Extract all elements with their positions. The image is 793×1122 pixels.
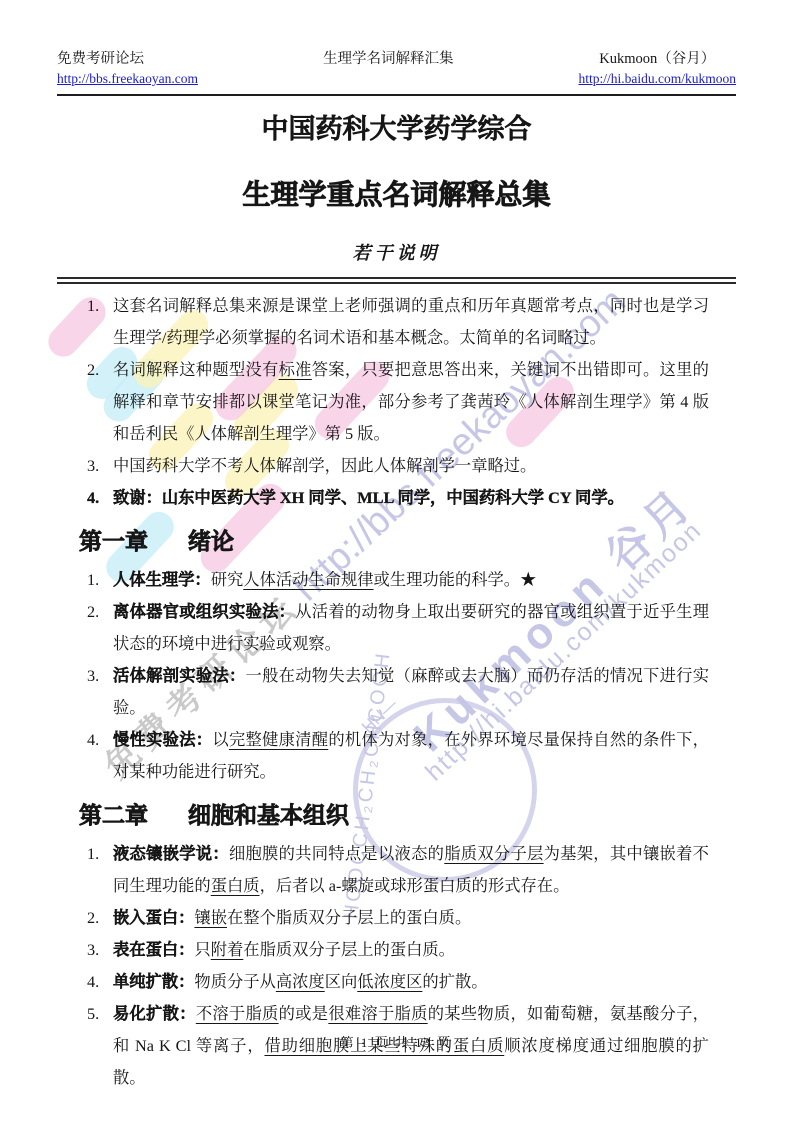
body-text: 细胞膜的共同特点是以液态的	[229, 844, 444, 863]
list-item: 2.嵌入蛋白：镶嵌在整个脂质双分子层上的蛋白质。	[87, 902, 709, 934]
body-text: 的或是	[279, 1004, 329, 1023]
definition-list: 1.液态镶嵌学说：细胞膜的共同特点是以液态的脂质双分子层为基架，其中镶嵌着不同生…	[87, 838, 709, 1094]
header-left: 免费考研论坛 http://bbs.freekaoyan.com	[57, 50, 198, 89]
body-text: 以	[212, 730, 229, 749]
header-right: Kukmoon（谷月） http://hi.baidu.com/kukmoon	[579, 50, 737, 89]
page-number: 第 1 页 共 13 页	[0, 1032, 793, 1051]
underlined-term: 镶嵌	[194, 908, 227, 927]
document-page: HOOCCH₂CH₂CHCOOH HN— 免费考研论坛http://bbs.fr…	[0, 0, 793, 1122]
body-text: 或生理功能的科学。★	[374, 570, 537, 589]
body-text: 在脂质双分子层上的蛋白质。	[243, 940, 455, 959]
term-label: 致谢：山东中医药大学 XH 同学、MLL 同学，中国药科大学 CY 同学。	[113, 488, 624, 507]
document-content: 免费考研论坛 http://bbs.freekaoyan.com 生理学名词解释…	[0, 0, 793, 1094]
term-label: 活体解剖实验法：	[113, 666, 246, 685]
doc-collection-title: 生理学名词解释汇集	[323, 50, 454, 69]
author-link[interactable]: http://hi.baidu.com/kukmoon	[579, 71, 737, 86]
list-item: 1.液态镶嵌学说：细胞膜的共同特点是以液态的脂质双分子层为基架，其中镶嵌着不同生…	[87, 838, 709, 902]
page-header: 免费考研论坛 http://bbs.freekaoyan.com 生理学名词解释…	[57, 50, 736, 89]
list-number: 3.	[87, 660, 99, 692]
list-number: 1.	[87, 290, 99, 322]
notes-heading: 若干说明	[57, 239, 736, 265]
definition-list: 1.人体生理学：研究人体活动生命规律或生理功能的科学。★2.离体器官或组织实验法…	[87, 564, 709, 788]
list-number: 3.	[87, 934, 99, 966]
underlined-term: 低浓度区	[357, 972, 422, 991]
list-item: 4.致谢：山东中医药大学 XH 同学、MLL 同学，中国药科大学 CY 同学。	[87, 482, 709, 514]
term-label: 表在蛋白：	[113, 940, 194, 959]
chapter-number: 第二章	[79, 802, 148, 828]
body-text: 的扩散。	[422, 972, 487, 991]
underlined-term: 脂质双分子层	[444, 844, 543, 863]
list-number: 4.	[87, 482, 99, 514]
subtitle: 生理学重点名词解释总集	[57, 176, 736, 214]
forum-name: 免费考研论坛	[57, 50, 198, 69]
forum-link[interactable]: http://bbs.freekaoyan.com	[57, 71, 198, 86]
list-item: 1.人体生理学：研究人体活动生命规律或生理功能的科学。★	[87, 564, 709, 596]
list-item: 3.中国药科大学不考人体解剖学，因此人体解剖学一章略过。	[87, 450, 709, 482]
term-label: 嵌入蛋白：	[113, 908, 194, 927]
notes-list: 1.这套名词解释总集来源是课堂上老师强调的重点和历年真题常考点，同时也是学习生理…	[87, 290, 709, 514]
list-number: 2.	[87, 596, 99, 628]
chapter-number: 第一章	[79, 528, 148, 554]
chapter-heading: 第二章细胞和基本组织	[79, 798, 736, 832]
chapter-title: 绪论	[188, 528, 234, 554]
list-number: 3.	[87, 450, 99, 482]
body-text: 名词解释这种题型没有	[113, 360, 279, 379]
term-label: 易化扩散：	[113, 1004, 196, 1023]
list-number: 2.	[87, 354, 99, 386]
body-text: 在整个脂质双分子层上的蛋白质。	[227, 908, 471, 927]
underlined-term: 蛋白质	[211, 876, 260, 895]
divider-double-rule	[57, 277, 736, 284]
author-name: Kukmoon（谷月）	[579, 50, 737, 69]
chapter-title: 细胞和基本组织	[188, 802, 349, 828]
term-label: 人体生理学：	[113, 570, 211, 589]
list-number: 4.	[87, 724, 99, 756]
term-label: 慢性实验法：	[113, 730, 212, 749]
chapter-heading: 第一章绪论	[79, 524, 736, 558]
list-number: 2.	[87, 902, 99, 934]
main-title: 中国药科大学药学综合	[57, 112, 736, 146]
underlined-term: 很难溶于脂质	[328, 1004, 427, 1023]
list-item: 4.慢性实验法：以完整健康清醒的机体为对象，在外界环境尽量保持自然的条件下，对某…	[87, 724, 709, 788]
underlined-term: 人体活动生命规律	[243, 570, 373, 589]
body-text: 物质分子从	[194, 972, 275, 991]
header-rule	[57, 94, 736, 96]
body-text: 只	[194, 940, 210, 959]
underlined-term: 高浓度	[276, 972, 325, 991]
list-number: 1.	[87, 838, 99, 870]
list-number: 1.	[87, 564, 99, 596]
list-item: 3.活体解剖实验法：一般在动物失去知觉（麻醉或去大脑）而仍存活的情况下进行实验。	[87, 660, 709, 724]
list-item: 3.表在蛋白：只附着在脂质双分子层上的蛋白质。	[87, 934, 709, 966]
term-label: 液态镶嵌学说：	[113, 844, 229, 863]
list-number: 4.	[87, 966, 99, 998]
term-label: 单纯扩散：	[113, 972, 194, 991]
underlined-term: 标准	[279, 360, 312, 379]
body-text: ，后者以 a-螺旋或球形蛋白质的形式存在。	[260, 876, 570, 895]
list-number: 5.	[87, 998, 99, 1030]
underlined-term: 完整健康清醒	[229, 730, 328, 749]
body-text: 区向	[325, 972, 358, 991]
term-label: 离体器官或组织实验法：	[113, 602, 295, 621]
chapters: 第一章绪论1.人体生理学：研究人体活动生命规律或生理功能的科学。★2.离体器官或…	[57, 524, 736, 1094]
body-text: 研究	[211, 570, 244, 589]
body-text: 中国药科大学不考人体解剖学，因此人体解剖学一章略过。	[113, 456, 536, 475]
list-item: 2.名词解释这种题型没有标准答案，只要把意思答出来，关键词不出错即可。这里的解释…	[87, 354, 709, 450]
underlined-term: 不溶于脂质	[196, 1004, 279, 1023]
list-item: 1.这套名词解释总集来源是课堂上老师强调的重点和历年真题常考点，同时也是学习生理…	[87, 290, 709, 354]
list-item: 4.单纯扩散：物质分子从高浓度区向低浓度区的扩散。	[87, 966, 709, 998]
body-text: 这套名词解释总集来源是课堂上老师强调的重点和历年真题常考点，同时也是学习生理学/…	[113, 296, 709, 347]
underlined-term: 附着	[211, 940, 244, 959]
list-item: 2.离体器官或组织实验法：从活着的动物身上取出要研究的器官或组织置于近乎生理状态…	[87, 596, 709, 660]
